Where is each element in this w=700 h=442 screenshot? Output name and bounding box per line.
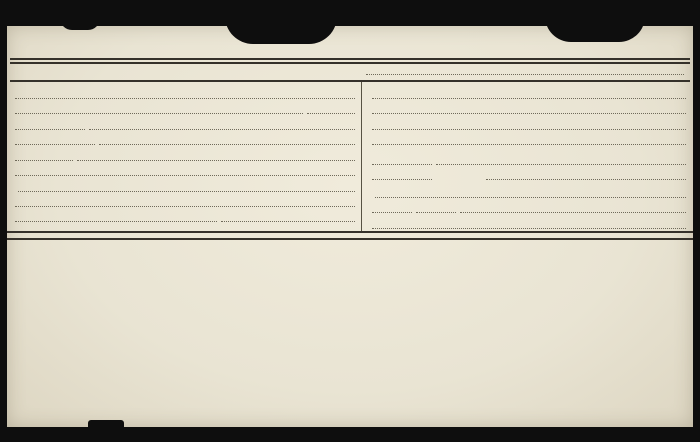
form-left-column <box>7 82 361 231</box>
race-row <box>13 134 357 145</box>
start-row <box>370 218 688 229</box>
married-field <box>89 119 355 130</box>
service-field <box>18 181 355 192</box>
citizen-row <box>13 150 357 161</box>
where-employed-row <box>370 119 688 130</box>
training-block <box>13 211 219 222</box>
hometown-field <box>416 202 456 213</box>
form-section <box>7 82 693 231</box>
dependents-row <box>13 165 357 176</box>
specialized-block <box>484 169 688 180</box>
tuition-field <box>221 211 355 222</box>
occupations-table <box>7 240 693 418</box>
high-field <box>372 169 432 180</box>
training-row <box>13 211 357 222</box>
dependents-field <box>15 165 355 176</box>
high-specialized-row <box>370 169 688 180</box>
grammar-field <box>372 154 432 165</box>
emergency-row <box>370 187 688 198</box>
torn-photo-edge <box>88 420 124 434</box>
name-row <box>13 88 357 99</box>
organization-row <box>7 64 693 80</box>
form-right-column <box>361 82 693 231</box>
name-field <box>15 88 355 99</box>
time-field <box>15 196 355 207</box>
training-field <box>15 211 217 222</box>
unit-blank-line <box>366 66 684 75</box>
references-field <box>372 134 686 145</box>
occupation-field <box>372 88 686 99</box>
specialized-field <box>486 169 686 180</box>
instructions-banner <box>7 231 693 240</box>
college-field <box>436 154 686 165</box>
torn-photo-edge <box>225 16 337 44</box>
references-row <box>370 134 688 145</box>
anywhere-field <box>372 202 412 213</box>
torn-photo-edge <box>60 18 100 30</box>
registration-card <box>7 26 693 427</box>
us-field <box>460 202 686 213</box>
citizen-field <box>15 150 73 161</box>
age-field <box>15 119 85 130</box>
birth-country-field <box>99 134 355 145</box>
naturalization-field <box>77 150 355 161</box>
address-field <box>15 103 303 114</box>
scanned-card-photo <box>0 0 700 442</box>
telephone-block <box>305 105 357 114</box>
employer-row <box>370 103 688 114</box>
torn-photo-edge <box>545 16 645 42</box>
address-row <box>13 103 357 114</box>
race-field <box>15 134 95 145</box>
age-row <box>13 119 357 130</box>
tuition-block <box>219 211 357 222</box>
anywhere-row-2 <box>370 202 688 213</box>
employer-field <box>372 103 686 114</box>
emergency-field <box>375 187 686 198</box>
occupation-row <box>370 88 688 99</box>
time-pledged-row <box>13 196 357 207</box>
tel-field <box>307 105 355 114</box>
start-field <box>372 218 686 229</box>
where-field <box>372 119 686 130</box>
high-private-block <box>370 169 484 180</box>
grammar-college-row <box>370 154 688 165</box>
service-offered-row <box>13 181 357 192</box>
